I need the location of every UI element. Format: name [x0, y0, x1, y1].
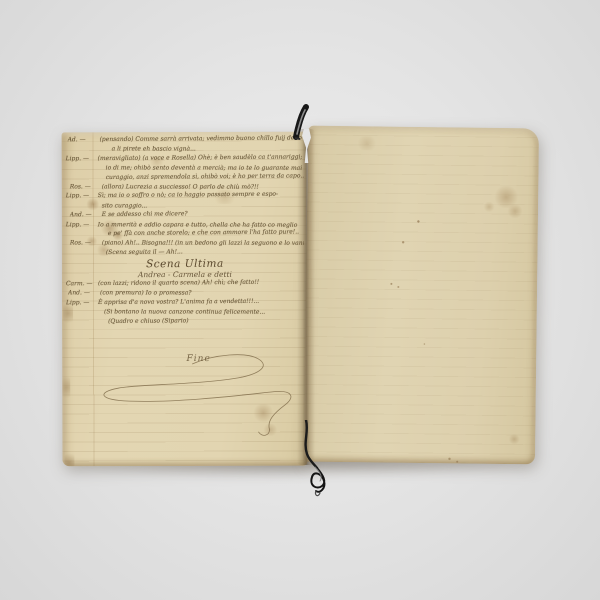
handwriting-text: a li pirete eh bascio vignà... [112, 146, 196, 153]
scene-heading: Scena Ultima [66, 257, 304, 271]
thread-loop-icon [293, 420, 339, 500]
speaker-abbreviation: And. — [70, 210, 102, 220]
gutter-shadow [297, 129, 315, 465]
left-page-wrap: Ad. —(pensando) Comme sarrà arrivata; ve… [62, 132, 307, 466]
speaker-abbreviation: Ros. — [70, 239, 102, 248]
speaker-abbreviation: Lipp. — [66, 298, 98, 308]
handwriting-line: Lipp. —(meravigliato) (a voce e Rosella)… [66, 152, 304, 163]
handwriting-line: And. —E se addesso chi me dicere? [66, 209, 304, 220]
handwriting-text: sito curaggio... [102, 202, 147, 209]
handwriting-text: e pe' ffà con anche storelo; e che con a… [108, 228, 299, 237]
handwriting-text: (Quadro e chiuso (Sipario) [108, 317, 189, 325]
speaker-abbreviation: Lipp. — [66, 220, 98, 229]
handwriting-lines-bottom: Carm. —(con lazzi; ridono il quarto scen… [66, 279, 304, 327]
right-page-wrap [306, 127, 537, 463]
left-page: Ad. —(pensando) Comme sarrà arrivata; ve… [62, 132, 308, 467]
handwriting-text: (con lazzi; ridono il quarto scena) Ah! … [98, 279, 259, 287]
handwriting-line: (Quadro e chiuso (Sipario) [66, 315, 304, 326]
handwriting-line: e pe' ffà con anche storelo; e che con a… [66, 227, 304, 238]
speaker-abbreviation: And. — [68, 289, 100, 298]
photo-backdrop: Ad. —(pensando) Comme sarrà arrivata; ve… [0, 0, 600, 600]
handwriting-text: curaggio, anzi spremendola sì, ohibò voi… [106, 172, 304, 181]
handwriting-text: (meravigliato) (a voce e Rosella) Ohè; è… [98, 153, 304, 162]
speaker-abbreviation: Lipp. — [66, 154, 98, 164]
right-page [304, 126, 539, 465]
handwriting-text: (con premura) Io o promessa? [100, 290, 192, 297]
handwriting-line: Lipp. —Sì; ma io o soffro o nò; ca io ha… [66, 190, 304, 201]
handwriting-text: (Si bontano la nuova canzone continua fe… [104, 309, 265, 316]
handwriting-text: (Scena seguita il — Ah!... [106, 248, 183, 256]
handwriting-line: Ad. —(pensando) Comme sarrà arrivata; ve… [66, 133, 304, 144]
speaker-abbreviation: Lipp. — [66, 191, 98, 201]
handwriting-line: Lipp. —È apprisa d'a nova vostra? L'anim… [66, 296, 304, 307]
handwriting-text: E se addesso chi me dicere? [102, 210, 188, 218]
metal-clip-icon [288, 103, 314, 141]
handwriting-line: (Scena seguita il — Ah!... [66, 246, 304, 257]
speaker-abbreviation: Ad. — [68, 135, 100, 145]
handwriting-lines-top: Ad. —(pensando) Comme sarrà arrivata; ve… [66, 135, 304, 258]
handwriting-text: Sì; ma io o soffro o nò; ca io haggio pa… [98, 191, 278, 199]
handwriting-text: È apprisa d'a nova vostra? L'anima fa a … [98, 298, 259, 306]
handwriting-line: Carm. —(con lazzi; ridono il quarto scen… [66, 278, 304, 289]
handwriting-line: curaggio, anzi spremendola sì, ohibò voi… [66, 171, 304, 182]
left-page-text-block: Ad. —(pensando) Comme sarrà arrivata; ve… [66, 135, 304, 327]
handwriting-text: (pensando) Comme sarrà arrivata; vedimmo… [100, 134, 304, 143]
